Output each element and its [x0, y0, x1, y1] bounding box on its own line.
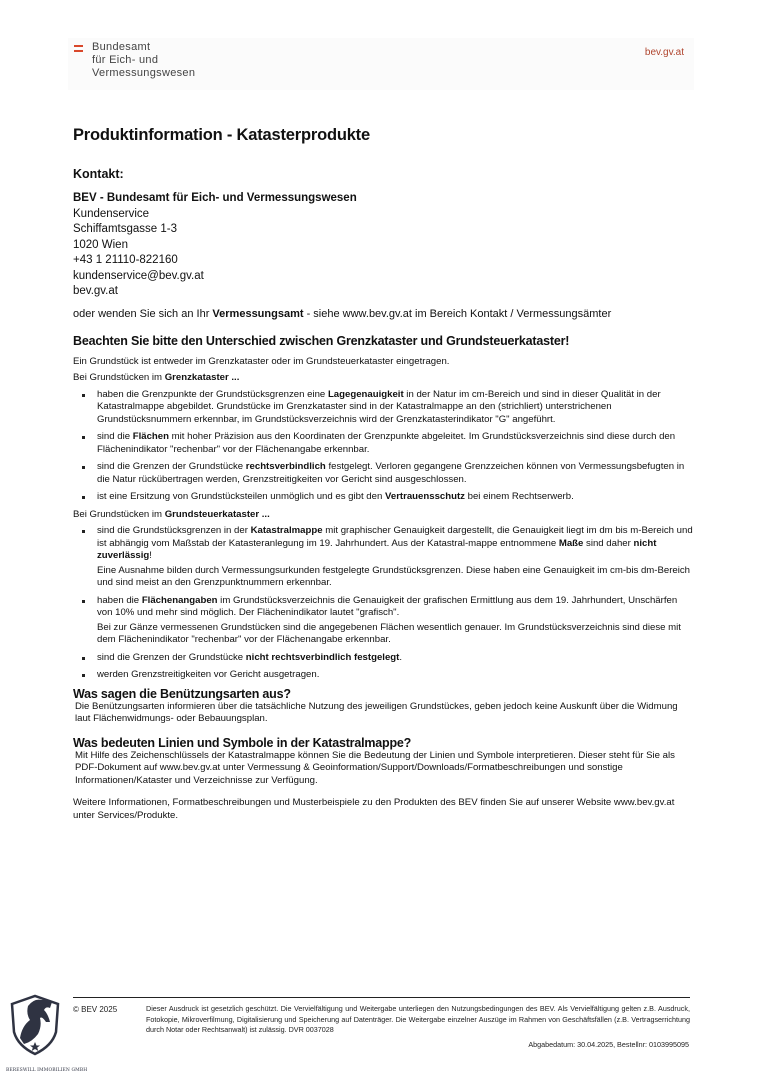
contact-phone: +43 1 21110-822160: [73, 253, 693, 269]
site-link[interactable]: bev.gv.at: [645, 47, 684, 58]
text: sind die Grundstücksgrenzen in der: [97, 525, 251, 536]
text-bold: Flächen: [133, 431, 169, 442]
list-item: sind die Grundstücksgrenzen in der Katas…: [73, 525, 693, 590]
bev-logo-text: Bundesamt für Eich- und Vermessungswesen: [92, 41, 195, 80]
text: sind die Grenzen der Grundstücke: [97, 461, 246, 472]
warning-heading: Beachten Sie bitte den Unterschied zwisc…: [73, 334, 693, 348]
list-item: werden Grenzstreitigkeiten vor Gericht a…: [73, 669, 693, 682]
text: werden Grenzstreitigkeiten vor Gericht a…: [97, 669, 319, 680]
page-title: Produktinformation - Katasterprodukte: [73, 126, 693, 145]
footer-divider: [73, 997, 690, 998]
grenz-lead: Bei Grundstücken im Grenzkataster ...: [73, 372, 693, 385]
text: mit hoher Präzision aus den Koordinaten …: [97, 431, 675, 455]
usage-heading: Was sagen die Benützungsarten aus?: [73, 687, 693, 701]
logo-line: für Eich- und: [92, 54, 195, 67]
more-info: Weitere Informationen, Formatbeschreibun…: [73, 797, 693, 822]
text: Bei Grundstücken im: [73, 372, 165, 383]
contact-line: Schiffamtsgasse 1-3: [73, 222, 693, 238]
austria-flag-icon: [74, 45, 83, 52]
usage-body: Die Benützungsarten informieren über die…: [75, 701, 693, 726]
text: - siehe www.bev.gv.at im Bereich Kontakt…: [304, 308, 612, 320]
list-item-note: Bei zur Gänze vermessenen Grundstücken s…: [97, 622, 693, 647]
contact-line: 1020 Wien: [73, 238, 693, 254]
steuer-lead: Bei Grundstücken im Grundsteuerkataster …: [73, 509, 693, 522]
contact-line: Kundenservice: [73, 207, 693, 223]
list-item: haben die Flächenangaben im Grundstücksv…: [73, 595, 693, 647]
list-item: ist eine Ersitzung von Grundstücksteilen…: [73, 491, 693, 504]
text: haben die: [97, 595, 142, 606]
text-bold: Vertrauensschutz: [385, 491, 465, 502]
text: oder wenden Sie sich an Ihr: [73, 308, 212, 320]
contact-block: BEV - Bundesamt für Eich- und Vermessung…: [73, 191, 693, 300]
text-bold: Katastralmappe: [251, 525, 323, 536]
text-bold: nicht rechtsverbindlich festgelegt: [246, 652, 400, 663]
text-bold: Maße: [559, 538, 584, 549]
footer-copyright: © BEV 2025: [73, 1005, 117, 1014]
list-item-note: Eine Ausnahme bilden durch Vermessungsur…: [97, 565, 693, 590]
contact-note: oder wenden Sie sich an Ihr Vermessungsa…: [73, 308, 693, 320]
text-bold: Grundsteuerkataster ...: [165, 509, 270, 520]
text: bei einem Rechtserwerb.: [465, 491, 574, 502]
steuer-list: sind die Grundstücksgrenzen in der Katas…: [73, 525, 693, 682]
list-item: sind die Grenzen der Grundstücke rechtsv…: [73, 461, 693, 486]
text: .: [399, 652, 402, 663]
text: ist eine Ersitzung von Grundstücksteilen…: [97, 491, 385, 502]
text-bold: Lagegenauigkeit: [328, 389, 404, 400]
text: Bei Grundstücken im: [73, 509, 165, 520]
text: sind daher: [583, 538, 633, 549]
grenz-list: haben die Grenzpunkte der Grundstücksgre…: [73, 389, 693, 504]
document-body: Produktinformation - Katasterprodukte Ko…: [73, 126, 693, 832]
warning-intro: Ein Grundstück ist entweder im Grenzkata…: [73, 356, 693, 369]
contact-website[interactable]: bev.gv.at: [73, 284, 693, 300]
logo-line: Vermessungswesen: [92, 67, 195, 80]
text: sind die: [97, 431, 133, 442]
symbols-heading: Was bedeuten Linien und Symbole in der K…: [73, 736, 693, 750]
text: sind die Grenzen der Grundstücke: [97, 652, 246, 663]
text-bold: rechtsverbindlich: [246, 461, 326, 472]
footer-order-meta: Abgabedatum: 30.04.2025, Bestellnr: 0103…: [528, 1040, 689, 1049]
header-bar: Bundesamt für Eich- und Vermessungswesen…: [68, 38, 694, 90]
text-bold: Vermessungsamt: [212, 308, 303, 320]
contact-heading: Kontakt:: [73, 167, 693, 181]
horse-shield-logo-icon: [6, 992, 64, 1058]
footer-legal-text: Dieser Ausdruck ist gesetzlich geschützt…: [146, 1004, 690, 1036]
logo-line: Bundesamt: [92, 41, 195, 54]
text-bold: Flächenangaben: [142, 595, 218, 606]
list-item: sind die Grenzen der Grundstücke nicht r…: [73, 652, 693, 665]
list-item: haben die Grenzpunkte der Grundstücksgre…: [73, 389, 693, 427]
watermark-label: BERESWILL IMMOBILIEN GMBH: [6, 1068, 87, 1073]
text: haben die Grenzpunkte der Grundstücksgre…: [97, 389, 328, 400]
symbols-body: Mit Hilfe des Zeichenschlüssels der Kata…: [75, 750, 693, 788]
contact-org: BEV - Bundesamt für Eich- und Vermessung…: [73, 191, 693, 207]
text-bold: Grenzkataster ...: [165, 372, 240, 383]
text: !: [149, 550, 152, 561]
contact-email[interactable]: kundenservice@bev.gv.at: [73, 269, 693, 285]
list-item: sind die Flächen mit hoher Präzision aus…: [73, 431, 693, 456]
